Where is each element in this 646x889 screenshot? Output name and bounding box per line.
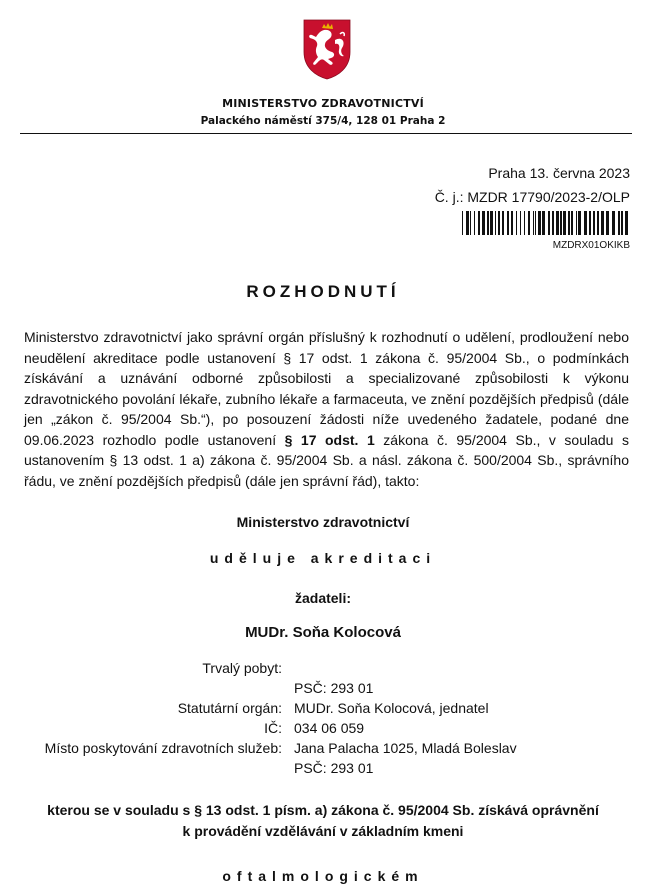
verdict: uděluje akreditaci <box>0 550 646 566</box>
detail-value: PSČ: 293 01 <box>294 678 646 698</box>
detail-label: Statutární orgán: <box>0 698 294 718</box>
detail-label: IČ: <box>0 718 294 738</box>
detail-row: Místo poskytování zdravotních služeb:Jan… <box>0 738 646 758</box>
detail-row: Trvalý pobyt: <box>0 658 646 678</box>
intro-paragraph: Ministerstvo zdravotnictví jako správní … <box>24 327 629 491</box>
document-date: Praha 13. června 2023 <box>488 165 630 181</box>
detail-value: MUDr. Soňa Kolocová, jednatel <box>294 698 646 718</box>
closing-line-1: kterou se v souladu s § 13 odst. 1 písm.… <box>0 800 646 821</box>
detail-label: Trvalý pobyt: <box>0 658 294 678</box>
closing-statement: kterou se v souladu s § 13 odst. 1 písm.… <box>0 800 646 842</box>
detail-value: 034 06 059 <box>294 718 646 738</box>
document-title: ROZHODNUTÍ <box>0 282 646 302</box>
issuer: Ministerstvo zdravotnictví <box>0 514 646 530</box>
closing-line-2: k provádění vzdělávání v základním kmeni <box>0 821 646 842</box>
intro-text-bold: § 17 odst. 1 <box>285 432 375 448</box>
detail-label <box>0 678 294 698</box>
detail-row: PSČ: 293 01 <box>0 758 646 778</box>
recipient-label: žadateli: <box>0 590 646 606</box>
header-divider <box>20 133 632 134</box>
detail-row: IČ:034 06 059 <box>0 718 646 738</box>
specialization-field: oftalmologickém <box>0 868 646 884</box>
intro-text-1: Ministerstvo zdravotnictví jako správní … <box>24 329 629 448</box>
recipient-details: Trvalý pobyt: PSČ: 293 01Statutární orgá… <box>0 658 646 778</box>
detail-value <box>294 658 646 678</box>
czech-coat-of-arms-icon <box>302 18 352 80</box>
barcode-text: MZDRX01OKIKB <box>553 240 630 251</box>
detail-label <box>0 758 294 778</box>
detail-label: Místo poskytování zdravotních služeb: <box>0 738 294 758</box>
ministry-address: Palackého náměstí 375/4, 128 01 Praha 2 <box>0 115 646 127</box>
detail-value: Jana Palacha 1025, Mladá Boleslav <box>294 738 646 758</box>
detail-row: PSČ: 293 01 <box>0 678 646 698</box>
reference-number: Č. j.: MZDR 17790/2023-2/OLP <box>435 189 630 205</box>
recipient-name: MUDr. Soňa Kolocová <box>0 624 646 641</box>
detail-value: PSČ: 293 01 <box>294 758 646 778</box>
detail-row: Statutární orgán:MUDr. Soňa Kolocová, je… <box>0 698 646 718</box>
ministry-name: MINISTERSTVO ZDRAVOTNICTVÍ <box>0 97 646 110</box>
barcode-icon <box>462 211 630 235</box>
